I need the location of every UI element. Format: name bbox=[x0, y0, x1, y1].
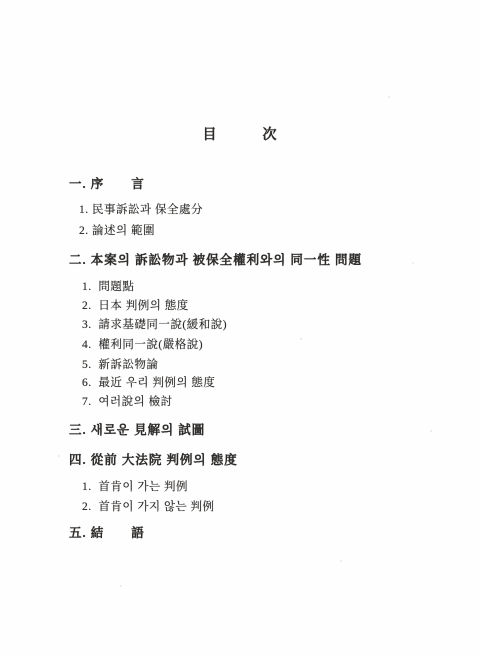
toc-item: 1. 首肯이 가는 判例 bbox=[82, 482, 188, 494]
toc-section-3-heading: 三. 새로운 見解의 試圖 bbox=[69, 424, 205, 437]
toc-item: 6. 最近 우리 判例의 態度 bbox=[82, 378, 215, 390]
toc-item: 3. 請求基礎同一說(緩和說) bbox=[82, 320, 227, 332]
toc-item: 5. 新訴訟物論 bbox=[82, 360, 158, 372]
toc-item: 2. 日本 判例의 態度 bbox=[82, 301, 189, 313]
toc-section-2-heading: 二. 本案의 訴訟物과 被保全權利와의 同一性 問題 bbox=[69, 254, 362, 267]
toc-item: 4. 權利同一說(嚴格說) bbox=[82, 340, 203, 352]
toc-section-4-heading: 四. 從前 大法院 判例의 態度 bbox=[69, 454, 238, 467]
toc-item: 2. 論述의 範圍 bbox=[79, 226, 155, 238]
page-title: 目 次 bbox=[0, 129, 480, 143]
toc-item: 7. 여러說의 檢討 bbox=[82, 397, 173, 409]
toc-section-1-heading: 一. 序 言 bbox=[69, 178, 145, 191]
toc-item: 2. 首肯이 가지 않는 判例 bbox=[82, 502, 215, 514]
toc-item: 1. 民事訴訟과 保全處分 bbox=[79, 205, 203, 217]
toc-section-5-heading: 五. 結 語 bbox=[69, 527, 145, 540]
paper-speckle bbox=[0, 0, 2, 2]
scanned-toc-page: 目 次 一. 序 言 1. 民事訴訟과 保全處分 2. 論述의 範圍 二. 本案… bbox=[0, 0, 480, 657]
toc-item: 1. 問題點 bbox=[82, 282, 134, 294]
